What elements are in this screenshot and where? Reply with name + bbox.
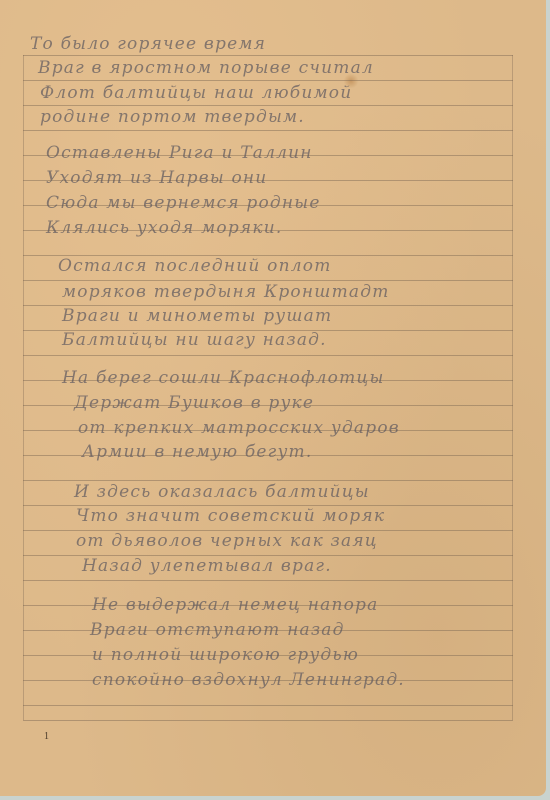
stanza-1-line-2: Враг в яростном порыве считал: [38, 58, 374, 78]
stanza-6-line-1: Не выдержал немец напора: [92, 595, 378, 615]
stanza-1-line-1: То было горячее время: [30, 34, 266, 54]
stanza-2-line-3: Сюда мы вернемся родные: [46, 193, 321, 213]
stanza-2-line-4: Клялись уходя моряки.: [46, 218, 282, 238]
stanza-1-line-3: Флот балтийцы наш любимой: [40, 83, 352, 103]
stanza-2-line-1: Оставлены Рига и Таллин: [46, 143, 313, 163]
stanza-6-line-2: Враги отступают назад: [90, 620, 345, 640]
stanza-3-line-3: Враги и минометы рушат: [62, 306, 332, 326]
stanza-5-line-3: от дьяволов черных как заяц: [76, 531, 378, 551]
stanza-3-line-4: Балтийцы ни шагу назад.: [62, 330, 327, 350]
stanza-6-line-3: и полной широкою грудью: [92, 645, 359, 665]
page-number: 1: [44, 731, 49, 742]
stanza-3-line-2: моряков твердыня Кронштадт: [62, 282, 390, 302]
stanza-4-line-2: Держат Бушков в руке: [74, 393, 314, 413]
stanza-6-line-4: спокойно вздохнул Ленинград.: [92, 670, 405, 690]
stanza-1-line-4: родине портом твердым.: [40, 107, 305, 127]
stanza-2-line-2: Уходят из Нарвы они: [46, 168, 267, 188]
stanza-4-line-4: Армии в немую бегут.: [82, 442, 312, 462]
stanza-4-line-3: от крепких матросских ударов: [78, 418, 400, 438]
stanza-4-line-1: На берег сошли Краснофлотцы: [62, 368, 385, 388]
stanza-5-line-1: И здесь оказалась балтийцы: [74, 482, 370, 502]
stanza-5-line-4: Назад улепетывал враг.: [82, 556, 332, 576]
stanza-5-line-2: Что значит советский моряк: [76, 506, 385, 526]
notebook-page: То было горячее время Враг в яростном по…: [0, 0, 546, 796]
stanza-3-line-1: Остался последний оплот: [58, 256, 332, 276]
